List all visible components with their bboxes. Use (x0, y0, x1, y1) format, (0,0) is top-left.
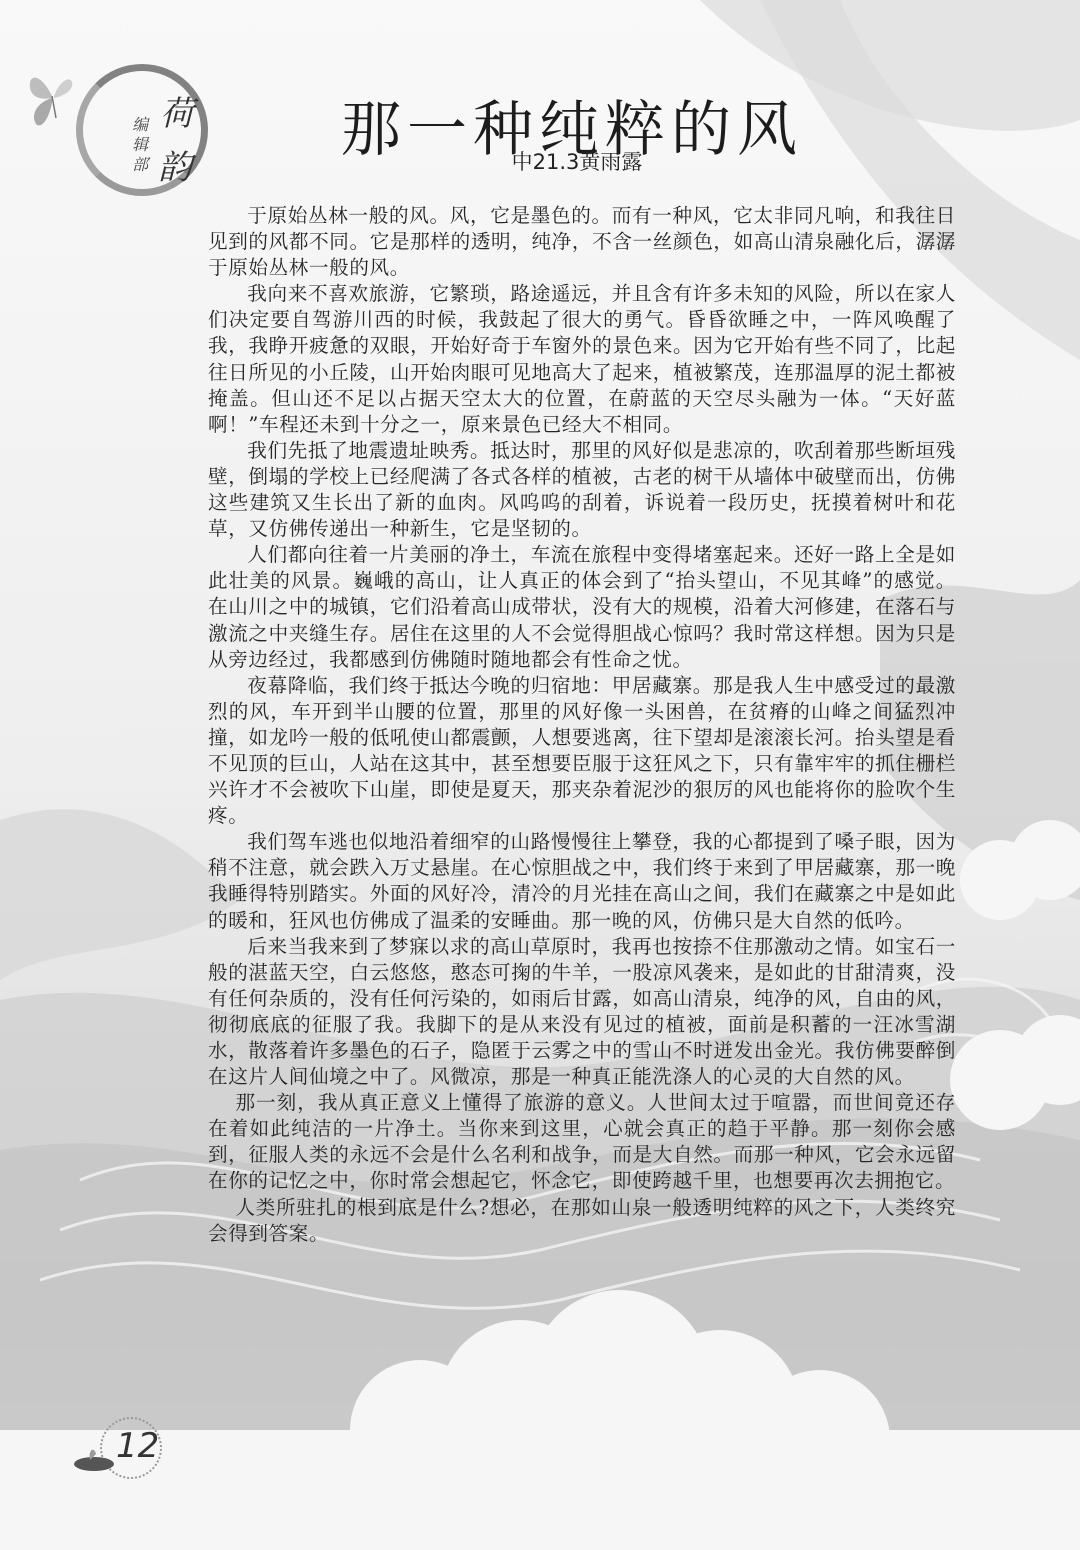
lotus-icon (72, 1448, 118, 1472)
article-author: 中21.3黄雨露 (0, 146, 1080, 176)
paragraph: 我们驾车逃也似地沿着细窄的山路慢慢往上攀登，我的心都提到了嗓子眼，因为稍不注意，… (208, 829, 956, 933)
paragraph: 夜幕降临，我们终于抵达今晚的归宿地：甲居藏寨。那是我人生中感受过的最激烈的风，车… (208, 673, 956, 830)
paragraph: 于原始丛林一般的风。风，它是墨色的。而有一种风，它太非同凡响，和我往日见到的风都… (208, 203, 956, 281)
page-number-badge: 12 (70, 1412, 160, 1482)
paragraph: 我向来不喜欢旅游，它繁琐，路途遥远，并且含有许多未知的风险，所以在家人们决定要自… (208, 281, 956, 438)
paragraph: 那一刻，我从真正意义上懂得了旅游的意义。人世间太过于喧嚣，而世间竟还存在着如此纯… (208, 1090, 956, 1194)
paragraph: 后来当我来到了梦寐以求的高山草原时，我再也按捺不住那激动之情。如宝石一般的湛蓝天… (208, 934, 956, 1091)
paragraph: 人类所驻扎的根到底是什么?想必，在那如山泉一般透明纯粹的风之下，人类终究会得到答… (208, 1195, 956, 1247)
page-number: 12 (116, 1426, 159, 1466)
article-body: 于原始丛林一般的风。风，它是墨色的。而有一种风，它太非同凡响，和我往日见到的风都… (208, 203, 956, 1247)
paragraph: 人们都向往着一片美丽的净土，车流在旅程中变得堵塞起来。还好一路上全是如此壮美的风… (208, 542, 956, 672)
paragraph: 我们先抵了地震遗址映秀。抵达时，那里的风好似是悲凉的，吹刮着那些断垣残壁，倒塌的… (208, 438, 956, 542)
